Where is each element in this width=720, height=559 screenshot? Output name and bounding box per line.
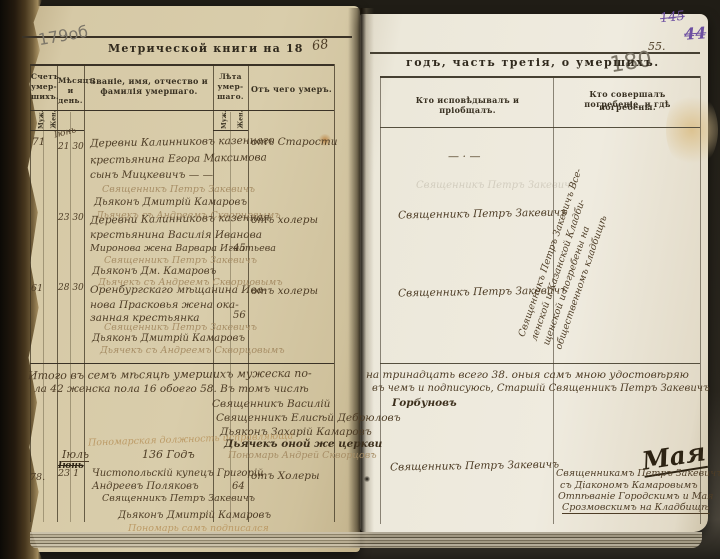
clergy-signature: Дьячекъ съ Андреемъ Скворцовымъ [100,345,285,356]
summary-line: въ чемъ и подписуюсь, Старшій Священникъ… [372,383,710,394]
ditto-mark: — · — [448,150,481,163]
entry-number: 71 [32,136,45,148]
crossed-number-44: 44 [683,23,707,44]
col-header-age: Лѣта умер- шаго. [214,72,247,102]
grid-line [380,127,700,128]
year-heading: 136 Годъ [142,448,195,461]
summary-signature: Священникъ Елисѣй Дебрюловъ [216,412,401,424]
grid-line [380,76,381,524]
grid-line [380,363,700,364]
summary-line: Итого въ семъ мѣсяцѣ умершихъ мужеска по… [28,367,312,382]
ghost-text: Священникъ Петръ Закевичъ [416,180,577,191]
subcol-female: Жен. [238,110,245,128]
clergy-signature: Священникъ Петръ Закевичъ [102,184,255,195]
metrical-book-photo: 179об 145 44 55. 180 Метрической книги н… [0,0,720,559]
clergy-signature: Дьяконъ Дмитрій Камаровъ [94,197,247,208]
month-heading: Іюль [62,448,89,462]
clergy-signature: Священникъ Петръ Закевичъ [102,493,255,504]
grid-line [43,112,44,522]
grid-line [30,64,334,66]
entry-day: 21 30 [58,142,84,152]
left-title-year-handwritten: 68 [311,37,329,54]
burial-note-line: Срозмовскимъ на Кладбищѣ [562,502,710,514]
burial-note-line: съ Діакономъ Камаровымъ [560,480,698,491]
col-header-buried-2: погребены. [560,102,695,112]
entry-text-line: Чистопольскій купецъ Григорій [92,468,263,479]
right-page-title: годъ, часть третія, о умершихъ. [406,56,660,69]
clergy-ochre-note: Пономарь самъ подписался [128,523,269,534]
entry-cause: отъ Холеры [251,470,320,482]
entry-text-line: сынъ Мицкевичъ — — [90,169,213,181]
entry-age: 64 [232,481,245,492]
entry-day: 28 30 [58,283,84,293]
entry-number: 78. [30,472,45,483]
entry-day: 23 30 [58,213,84,223]
clergy-signature: Священникъ Петръ Закевичъ [104,322,257,333]
entry-cause: отъ холеры [251,285,318,297]
subcol-male: Муж. [38,110,45,129]
entry-text-line: Андреевъ Поляковъ [92,481,199,492]
page-stack-edges [30,532,702,548]
stain [364,476,370,482]
grid-line [30,110,334,111]
clergy-signature: Священникъ Петръ Закевичъ [104,255,257,266]
grid-line [30,363,334,364]
entry-text-line: нова Прасковья жена ока- [90,299,239,311]
entry-cause: отъ Старости [251,136,338,148]
subcol-female: Жен. [51,110,58,128]
summary-signature: Священникъ Василій [212,398,330,410]
entry-text-line: Миронова жена Варвара Игнатьева [90,243,276,254]
clergy-signature: Дьяконъ Дмитрій Камаровъ [118,510,271,521]
summary-signature: Дьячекъ оной же церкви [224,438,382,450]
summary-line: ла 42 женска пола 16 обоего 58. Въ томъ … [34,383,309,395]
col-header-confessed: Кто исповѣдывалъ и пріобщалъ. [395,95,540,115]
grid-line [380,76,700,78]
col-header-name: Званіе, имя, отчество и фамилія умершаго… [90,76,208,96]
left-page-title: Метрической книги на 18 [108,42,304,55]
subcol-male: Муж. [221,110,228,129]
clergy-signature: Дьяконъ Дм. Камаровъ [92,266,216,277]
entry-text-line: Оренбургскаго мѣщанина Ива- [90,284,266,296]
col-header-count: Счетъ умер- шихъ. [31,72,56,102]
col-header-cause: Отъ чего умеръ. [250,84,333,94]
entry-cause: отъ холеры [251,214,318,226]
crossed-number-145: 145 [659,9,685,27]
summary-line: на тринадцать всего 38. оныя самъ мною у… [366,369,689,381]
summary-signature: Горбуновъ [392,397,457,409]
entry-age: 45 [233,243,246,254]
summary-signature: Пономарь Андрей Скворцовъ [228,450,377,461]
book-spine [348,8,374,548]
entry-number: 61 [31,283,43,294]
burial-note-line: Священникамъ Петръ Закевичъ [556,468,720,479]
entry-day: 23 1 [58,468,79,479]
clergy-signature: Дьяконъ Дмитрій Камаровъ [92,333,245,344]
entry-text-line: крестьянина Василія Иванова [90,229,262,241]
ink-page-number: 55. [648,40,666,53]
entry-age: 56 [233,310,246,321]
col-header-month: Мѣсяцъ и день. [58,76,83,106]
burial-note-line: Отпѣваніе Городскимъ и Мая [558,491,713,502]
